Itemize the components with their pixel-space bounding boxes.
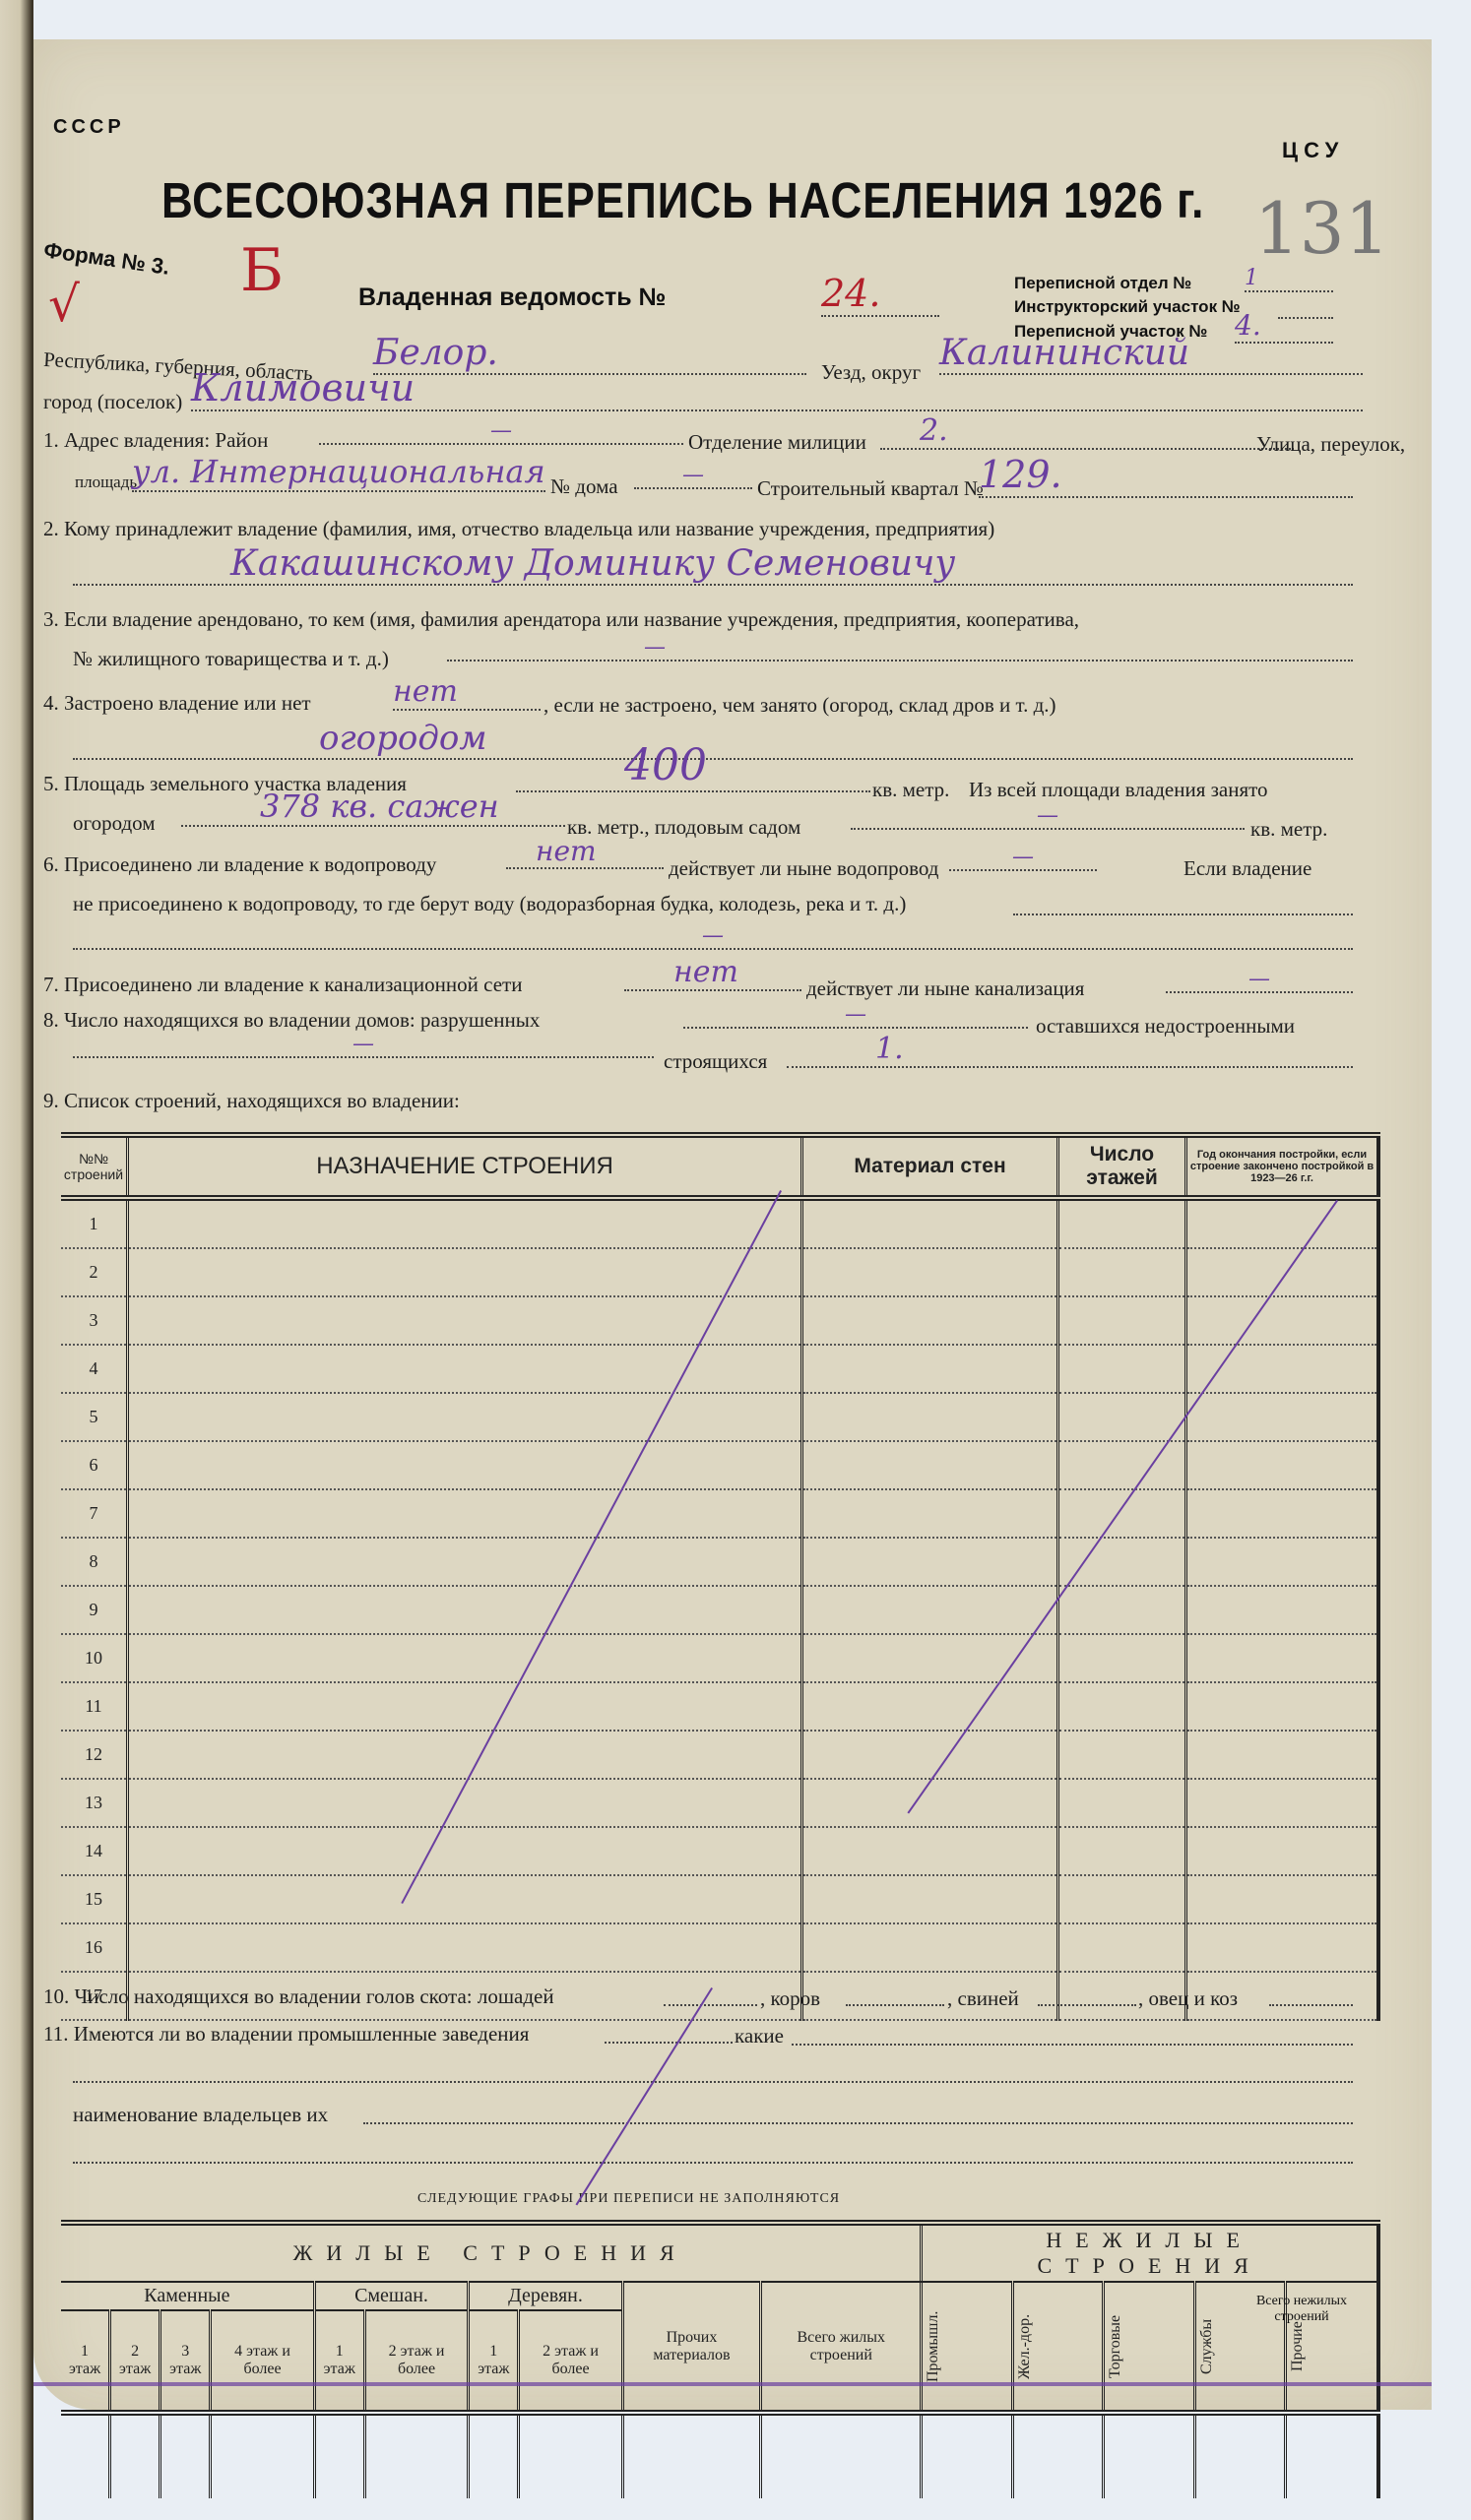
purpose-cell[interactable]	[128, 1634, 802, 1682]
q3-label-2: № жилищного товарищества и т. д.)	[73, 647, 389, 671]
row-number: 13	[61, 1779, 128, 1827]
floors-cell[interactable]	[1058, 1779, 1186, 1827]
vedomost-label: Владенная ведомость №	[358, 283, 666, 312]
q4-label-2: , если не застроено, чем занято (огород,…	[544, 693, 1056, 718]
mixed-2: 2 этаж и более	[364, 2310, 468, 2413]
city-label: город (поселок)	[43, 390, 182, 414]
floors-cell[interactable]	[1058, 1345, 1186, 1393]
form-number: Форма № 3.	[42, 237, 171, 281]
q1-label: 1. Адрес владения: Район	[43, 428, 268, 453]
q10-cows-field[interactable]	[846, 2004, 944, 2006]
row-number: 7	[61, 1489, 128, 1538]
material-cell[interactable]	[802, 1682, 1058, 1731]
year-cell[interactable]	[1186, 1586, 1379, 1634]
purpose-cell[interactable]	[128, 1875, 802, 1923]
q4-label: 4. Застроено владение или нет	[43, 691, 311, 716]
row-number: 3	[61, 1296, 128, 1345]
material-cell[interactable]	[802, 1248, 1058, 1296]
q8-value-2: —	[73, 1032, 654, 1058]
floors-cell[interactable]	[1058, 1198, 1186, 1248]
q10-sheep-label: , овец и коз	[1138, 1986, 1238, 2011]
census-division-value: 1	[1245, 266, 1333, 292]
q1-square-label: площадь	[75, 472, 137, 492]
year-cell[interactable]	[1186, 1538, 1379, 1586]
floors-cell[interactable]	[1058, 1248, 1186, 1296]
q1-block-label: Строительный квартал №	[757, 476, 984, 501]
purpose-cell[interactable]	[128, 1586, 802, 1634]
q10-sheep-field[interactable]	[1269, 2004, 1353, 2006]
table-row: 12	[61, 1731, 1378, 1779]
census-form-sheet: СССР ЦСУ ВСЕСОЮЗНАЯ ПЕРЕПИСЬ НАСЕЛЕНИЯ 1…	[33, 39, 1432, 2410]
floors-cell[interactable]	[1058, 1296, 1186, 1345]
q10-horses-field[interactable]	[664, 2004, 757, 2006]
material-cell[interactable]	[802, 1923, 1058, 1972]
q11-line-2[interactable]	[73, 2081, 1353, 2083]
table-row: 2	[61, 1248, 1378, 1296]
q8-label: 8. Число находящихся во владении домов: …	[43, 1008, 540, 1033]
table-row: 13	[61, 1779, 1378, 1827]
row-number: 10	[61, 1634, 128, 1682]
year-cell[interactable]	[1186, 1634, 1379, 1682]
q11-field[interactable]	[605, 2042, 733, 2044]
q1-militia-value: 2.	[880, 413, 1294, 450]
q5-label-2: Из всей площади владения занято	[969, 778, 1268, 802]
agency-label: ЦСУ	[1282, 138, 1344, 163]
material-cell[interactable]	[802, 1731, 1058, 1779]
q1-house-label: № дома	[550, 474, 618, 499]
q11-owners-field[interactable]	[363, 2122, 1353, 2124]
vedomost-number: 24.	[821, 272, 939, 317]
row-number: 2	[61, 1248, 128, 1296]
q1-district-value: —	[319, 418, 683, 445]
floors-cell[interactable]	[1058, 1682, 1186, 1731]
material-cell[interactable]	[802, 1875, 1058, 1923]
q7-value: нет	[624, 955, 801, 991]
table-row: 6	[61, 1441, 1378, 1489]
q11-label: 11. Имеются ли во владении промышленные …	[43, 2022, 529, 2047]
material-cell[interactable]	[802, 1538, 1058, 1586]
q6-label-2: действует ли ныне водопровод	[669, 856, 938, 881]
q8-label-3: строящихся	[664, 1049, 767, 1074]
row-number: 14	[61, 1827, 128, 1875]
q5-orchard-unit: кв. метр.	[1250, 817, 1327, 842]
year-cell[interactable]	[1186, 1345, 1379, 1393]
year-cell[interactable]	[1186, 1441, 1379, 1489]
table-row: 4	[61, 1345, 1378, 1393]
q5-garden-label: огородом	[73, 811, 156, 836]
q6-label-4: не присоединено к водопроводу, то где бе…	[73, 892, 906, 916]
material-cell[interactable]	[802, 1198, 1058, 1248]
year-cell[interactable]	[1186, 1198, 1379, 1248]
q7-value-2: —	[1166, 967, 1353, 993]
material-cell[interactable]	[802, 1296, 1058, 1345]
material-cell[interactable]	[802, 1586, 1058, 1634]
mixed-1: 1 этаж	[314, 2310, 364, 2413]
summary-note: СЛЕДУЮЩИЕ ГРАФЫ ПРИ ПЕРЕПИСИ НЕ ЗАПОЛНЯЮ…	[417, 2191, 840, 2207]
purpose-cell[interactable]	[128, 1345, 802, 1393]
material-cell[interactable]	[802, 1634, 1058, 1682]
q8-value-3: 1.	[787, 1032, 1353, 1068]
wooden-2: 2 этаж и более	[519, 2310, 622, 2413]
row-number: 6	[61, 1441, 128, 1489]
year-cell[interactable]	[1186, 1248, 1379, 1296]
q1-house-value: —	[634, 463, 752, 489]
q2-value: Какашинскому Доминику Семеновичу	[73, 543, 1353, 586]
year-cell[interactable]	[1186, 1875, 1379, 1923]
q6-label: 6. Присоединено ли владение к водопровод…	[43, 852, 436, 877]
year-cell[interactable]	[1186, 1682, 1379, 1731]
floors-cell[interactable]	[1058, 1731, 1186, 1779]
table-row: 8	[61, 1538, 1378, 1586]
table-row: 15	[61, 1875, 1378, 1923]
q1-militia-label: Отделение милиции	[688, 430, 866, 455]
table-row: 16	[61, 1923, 1378, 1972]
purpose-cell[interactable]	[128, 1393, 802, 1441]
row-number: 4	[61, 1345, 128, 1393]
stone-3: 3 этаж	[160, 2310, 211, 2413]
purpose-cell[interactable]	[128, 1731, 802, 1779]
total-residential-header: Всего жилых строений	[761, 2282, 922, 2413]
q5-orchard-value: —	[851, 803, 1245, 830]
purpose-cell[interactable]	[128, 1538, 802, 1586]
q10-cows-label: , коров	[760, 1986, 820, 2011]
q9-label: 9. Список строений, находящихся во владе…	[43, 1089, 460, 1113]
year-cell[interactable]	[1186, 1296, 1379, 1345]
floors-cell[interactable]	[1058, 1923, 1186, 1972]
purpose-cell[interactable]	[128, 1923, 802, 1972]
table-row: 7	[61, 1489, 1378, 1538]
instructor-section-label: Инструкторский участок №	[1014, 297, 1241, 317]
material-cell[interactable]	[802, 1441, 1058, 1489]
row-number: 8	[61, 1538, 128, 1586]
country-label: СССР	[53, 116, 125, 139]
col-year-built: Год окончания постройки, если строение з…	[1186, 1135, 1379, 1198]
floors-cell[interactable]	[1058, 1875, 1186, 1923]
table-row: 14	[61, 1827, 1378, 1875]
purpose-cell[interactable]	[128, 1198, 802, 1248]
q2-label: 2. Кому принадлежит владение (фамилия, и…	[43, 517, 994, 541]
table-row: 1	[61, 1198, 1378, 1248]
stone-1: 1 этаж	[61, 2310, 110, 2413]
q6-dotline	[1013, 913, 1353, 915]
city-value: Климовичи	[191, 366, 1363, 411]
table-row: 5	[61, 1393, 1378, 1441]
q11-line-4[interactable]	[73, 2162, 1353, 2164]
floors-cell[interactable]	[1058, 1489, 1186, 1538]
buildings-table: №№ строений НАЗНАЧЕНИЕ СТРОЕНИЯ Материал…	[61, 1132, 1380, 2021]
nonresidential-header: НЕЖИЛЫЕ СТРОЕНИЯ	[922, 2223, 1378, 2282]
q1-street-value: ул. Интернациональная	[132, 453, 545, 492]
binder-edge	[0, 0, 33, 2520]
material-cell[interactable]	[802, 1972, 1058, 2020]
col-wall-material: Материал стен	[802, 1135, 1058, 1198]
year-cell[interactable]	[1186, 1923, 1379, 1972]
table-row: 10	[61, 1634, 1378, 1682]
table-row: 9	[61, 1586, 1378, 1634]
floors-cell[interactable]	[1058, 1634, 1186, 1682]
row-number: 5	[61, 1393, 128, 1441]
q11-which-field[interactable]	[792, 2044, 1353, 2046]
purpose-cell[interactable]	[128, 1682, 802, 1731]
row-number: 12	[61, 1731, 128, 1779]
purpose-cell[interactable]	[128, 1489, 802, 1538]
purpose-cell[interactable]	[128, 1827, 802, 1875]
row-number: 15	[61, 1875, 128, 1923]
col-number: №№ строений	[61, 1135, 128, 1198]
q5-garden-value: 378 кв. сажен	[181, 787, 565, 827]
purpose-cell[interactable]	[128, 1441, 802, 1489]
total-nonresidential-header: Всего нежилых строений	[1243, 2294, 1361, 2325]
q6-value: нет	[506, 835, 664, 869]
q6-value-2: —	[949, 845, 1097, 871]
col-floors: Число этажей	[1058, 1135, 1186, 1198]
floors-cell[interactable]	[1058, 1586, 1186, 1634]
other-materials-header: Прочих материалов	[622, 2282, 760, 2413]
floors-cell[interactable]	[1058, 1441, 1186, 1489]
stamp-number: 131	[1254, 187, 1389, 270]
q8-value: —	[683, 1002, 1028, 1029]
table-row: 11	[61, 1682, 1378, 1731]
wooden-1: 1 этаж	[469, 2310, 519, 2413]
q7-label-2: действует ли ныне канализация	[806, 976, 1084, 1001]
q11-owners-label: наименование владельцев их	[73, 2103, 328, 2127]
row-number: 11	[61, 1682, 128, 1731]
floors-cell[interactable]	[1058, 1393, 1186, 1441]
wooden-header: Деревян.	[469, 2282, 623, 2310]
q6-label-3: Если владение	[1183, 856, 1311, 881]
q7-label: 7. Присоединено ли владение к канализаци…	[43, 973, 522, 997]
q10-pigs-label: , свиней	[947, 1986, 1019, 2011]
q5-value: 400	[516, 740, 870, 792]
q11-which-label: какие	[735, 2024, 784, 2048]
year-cell[interactable]	[1186, 1489, 1379, 1538]
col-purpose: НАЗНАЧЕНИЕ СТРОЕНИЯ	[128, 1135, 802, 1198]
year-cell[interactable]	[1186, 1731, 1379, 1779]
year-cell[interactable]	[1186, 1393, 1379, 1441]
material-cell[interactable]	[802, 1489, 1058, 1538]
row-number: 16	[61, 1923, 128, 1972]
q1-block-value: 129.	[979, 453, 1353, 498]
material-cell[interactable]	[802, 1779, 1058, 1827]
q10-pigs-field[interactable]	[1038, 2004, 1136, 2006]
q6-value-4: —	[73, 923, 1353, 950]
stone-header: Каменные	[61, 2282, 314, 2310]
year-cell[interactable]	[1186, 1779, 1379, 1827]
row-number: 1	[61, 1198, 128, 1248]
material-cell[interactable]	[802, 1345, 1058, 1393]
stone-2: 2 этаж	[110, 2310, 160, 2413]
census-division-label: Переписной отдел №	[1014, 274, 1191, 293]
red-tick-icon: √	[48, 276, 80, 333]
residential-header: ЖИЛЫЕ СТРОЕНИЯ	[61, 2223, 922, 2282]
page-title: ВСЕСОЮЗНАЯ ПЕРЕПИСЬ НАСЕЛЕНИЯ 1926 г.	[161, 173, 1204, 230]
material-cell[interactable]	[802, 1827, 1058, 1875]
year-cell[interactable]	[1186, 1827, 1379, 1875]
floors-cell[interactable]	[1058, 1538, 1186, 1586]
q4-value: нет	[393, 674, 541, 711]
q5-unit: кв. метр.	[872, 778, 949, 802]
mixed-header: Смешан.	[314, 2282, 469, 2310]
row-number: 9	[61, 1586, 128, 1634]
summary-table: ЖИЛЫЕ СТРОЕНИЯ НЕЖИЛЫЕ СТРОЕНИЯ Каменные…	[61, 2220, 1380, 2498]
purpose-cell[interactable]	[128, 1248, 802, 1296]
q3-label: 3. Если владение арендовано, то кем (имя…	[43, 607, 1079, 632]
floors-cell[interactable]	[1058, 1827, 1186, 1875]
underline-stroke	[33, 2382, 1432, 2386]
red-check-mark: Б	[240, 236, 284, 305]
q10-label: 10. Число находящихся во владении голов …	[43, 1984, 554, 2009]
material-cell[interactable]	[802, 1393, 1058, 1441]
q3-value: —	[447, 635, 1353, 661]
stone-4: 4 этаж и более	[211, 2310, 314, 2413]
